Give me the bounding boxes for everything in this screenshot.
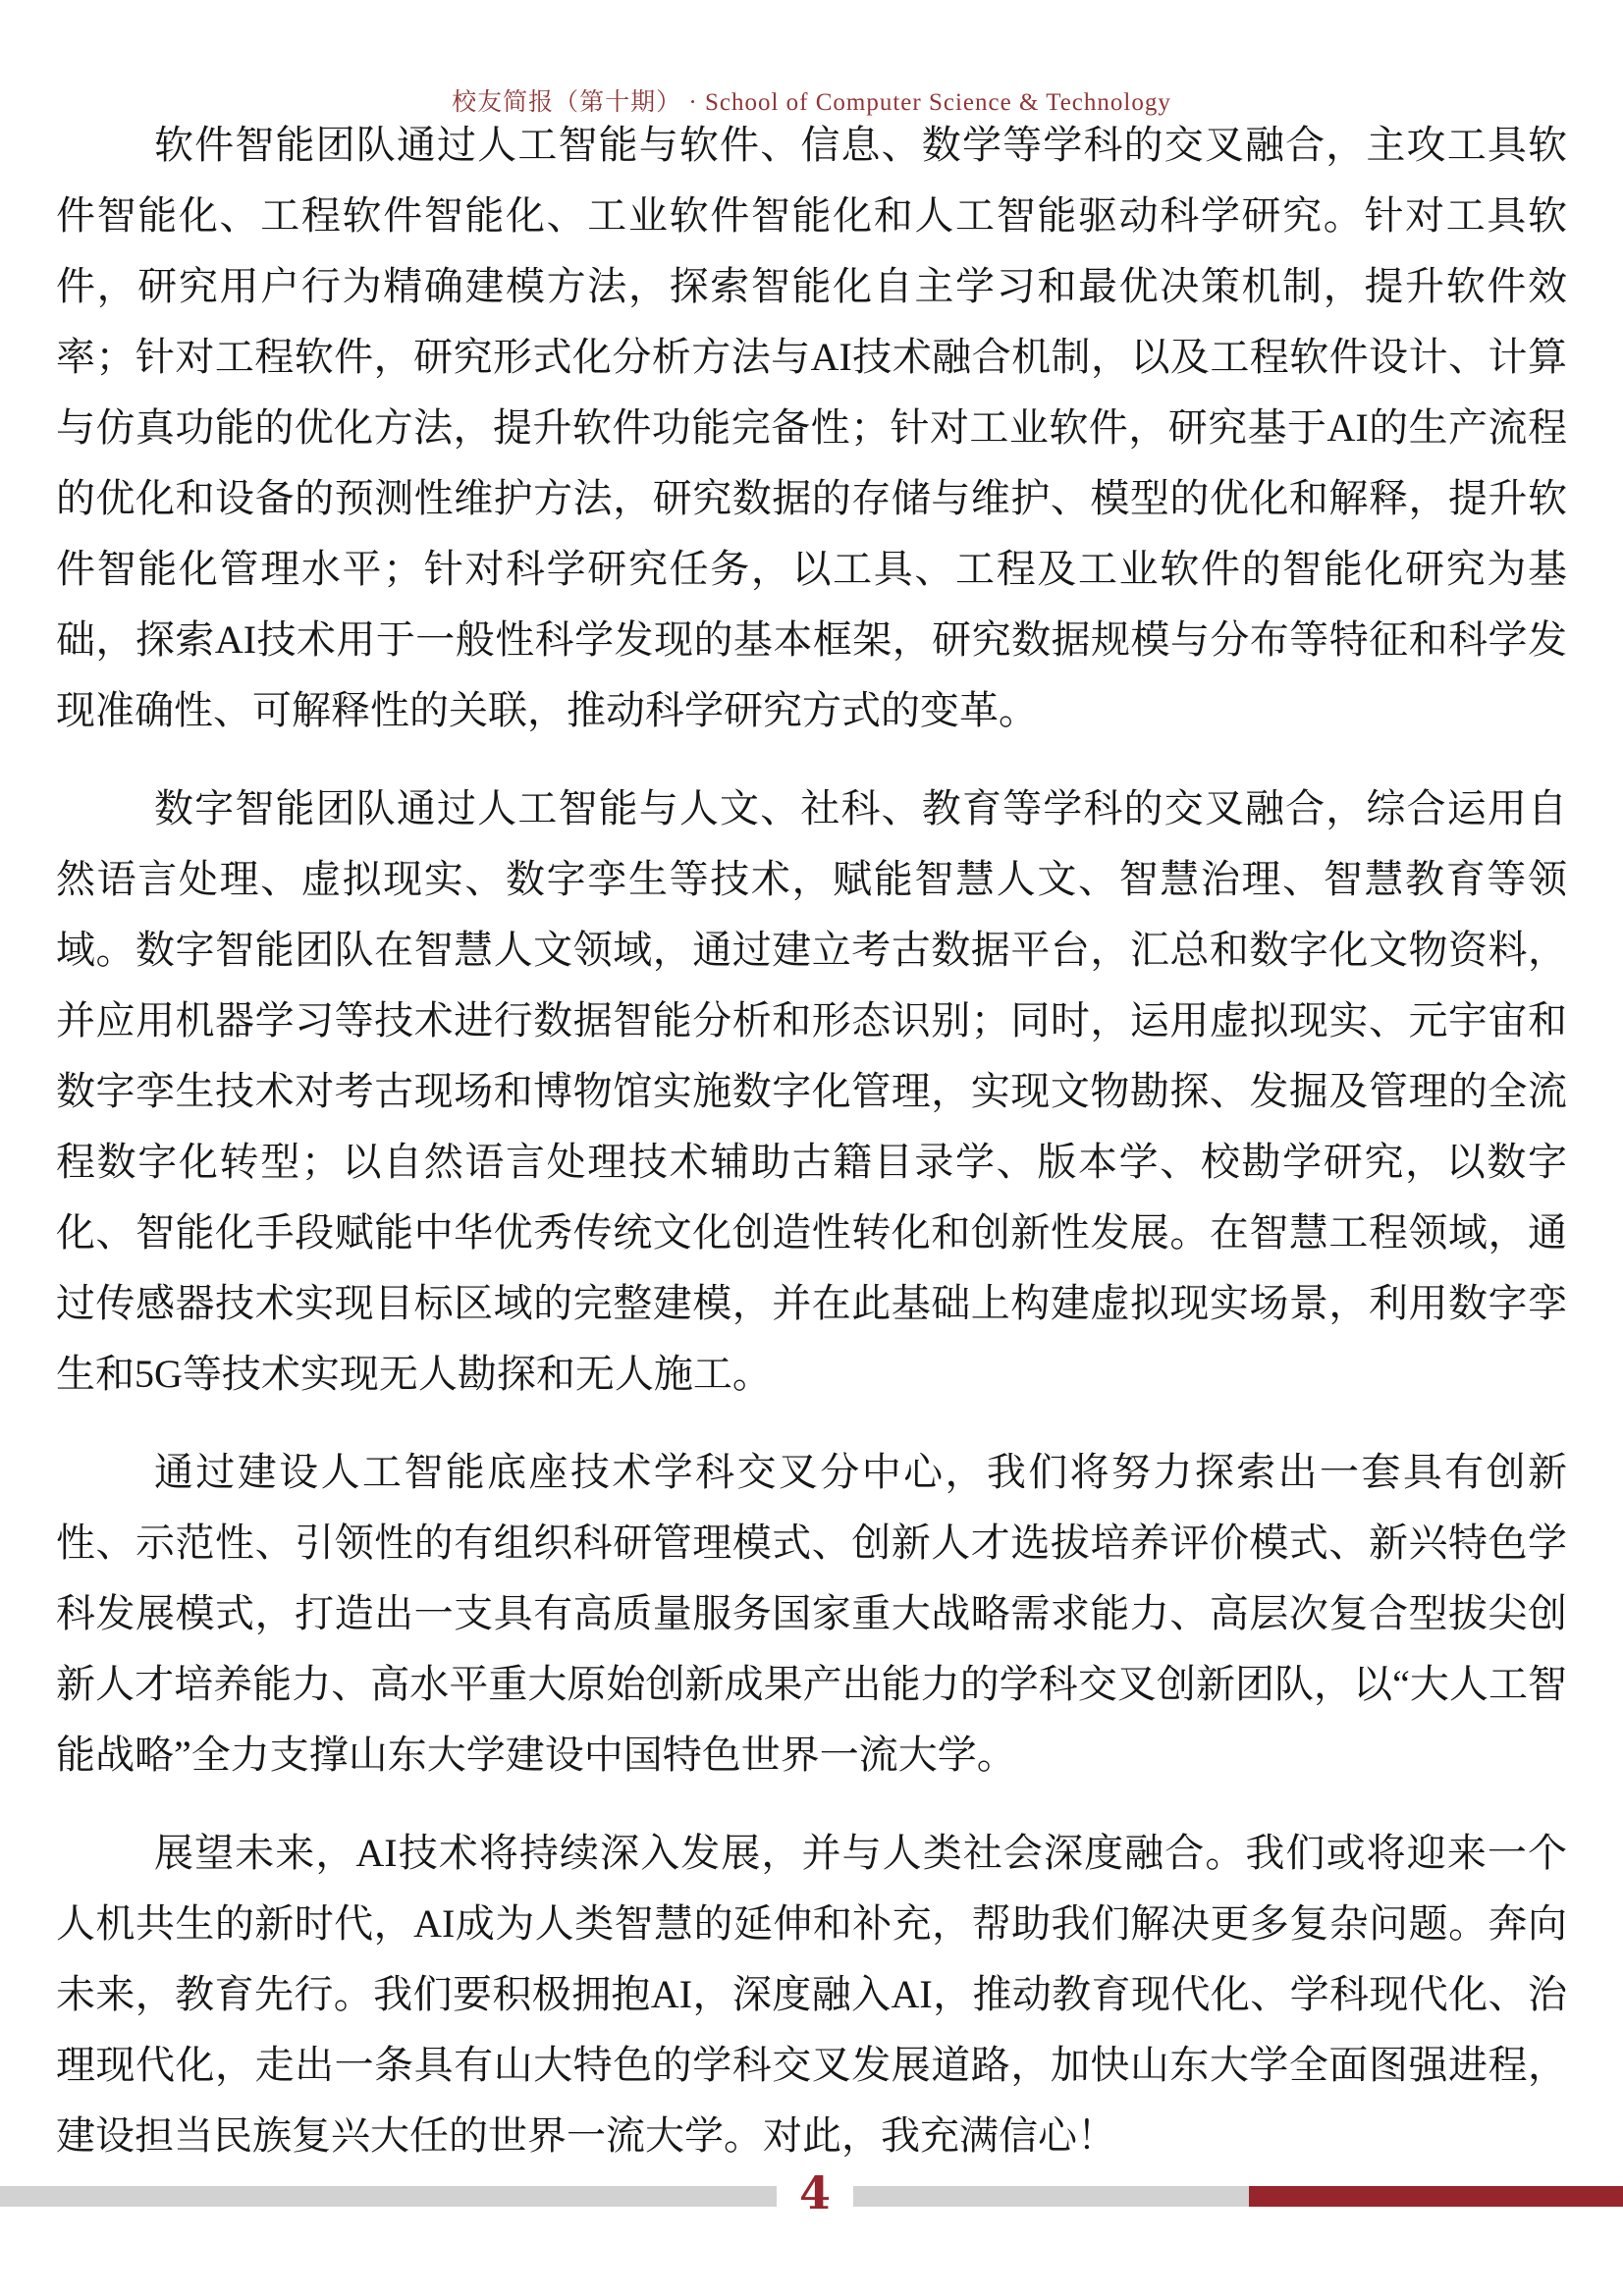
body-text: 软件智能团队通过人工智能与软件、信息、数学等学科的交叉融合，主攻工具软件智能化、… (56, 110, 1567, 2199)
paragraph-software-intelligence: 软件智能团队通过人工智能与软件、信息、数学等学科的交叉融合，主攻工具软件智能化、… (56, 110, 1567, 746)
paragraph-ai-center: 通过建设人工智能底座技术学科交叉分中心，我们将努力探索出一套具有创新性、示范性、… (56, 1437, 1567, 1790)
paragraph-digital-intelligence: 数字智能团队通过人工智能与人文、社科、教育等学科的交叉融合，综合运用自然语言处理… (56, 774, 1567, 1410)
footer-bar-gray-left (0, 2186, 777, 2207)
page-footer: 4 (0, 2186, 1623, 2207)
footer-bar-red-right (1249, 2186, 1623, 2207)
paragraph-outlook: 展望未来，AI技术将持续深入发展，并与人类社会深度融合。我们或将迎来一个人机共生… (56, 1818, 1567, 2171)
footer-page-number-gap: 4 (777, 2186, 853, 2207)
document-page: 校友简报（第十期） · School of Computer Science &… (0, 0, 1623, 2296)
footer-bar-gray-right (853, 2186, 1249, 2207)
page-number: 4 (777, 2167, 853, 2218)
